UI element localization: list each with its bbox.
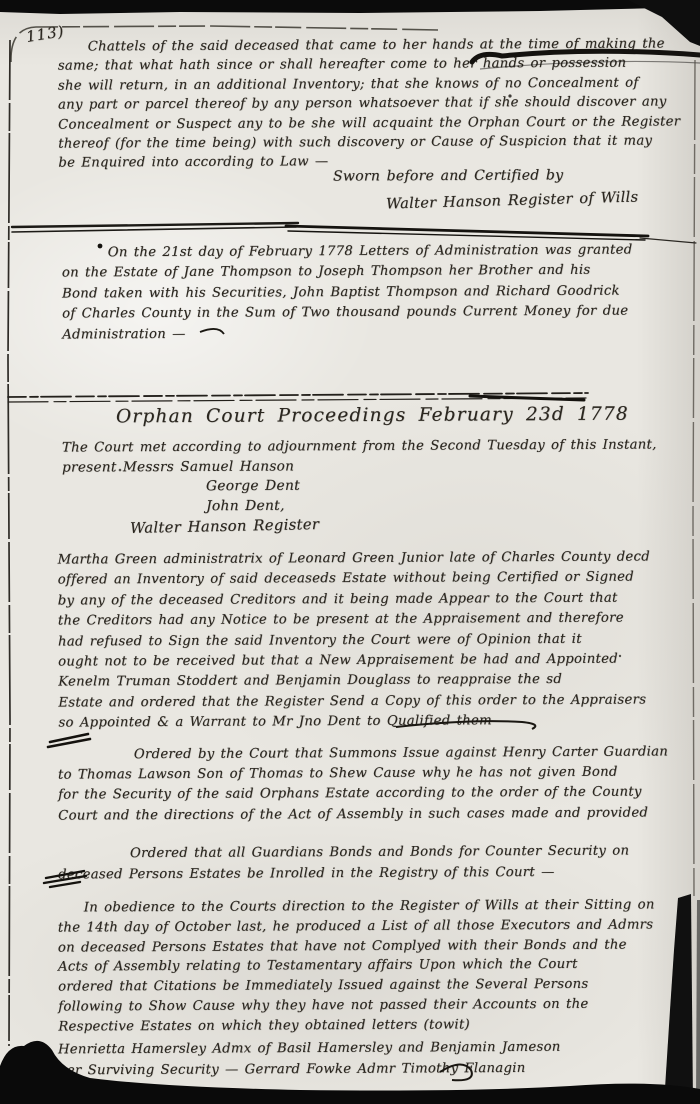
manuscript-line: Estate and ordered that the Register Sen…	[58, 690, 650, 714]
scan-right-gutter	[664, 894, 693, 1104]
manuscript-line: for the Security of the said Orphans Est…	[58, 783, 668, 806]
entry-register-obedience: In obedience to the Courts direction to …	[58, 895, 656, 1037]
register-signature: Walter Hanson Register of Wills	[386, 188, 639, 212]
entry-inventory-oath: Chattels of the said deceased that came …	[58, 34, 681, 173]
justice-name: John Dent,	[206, 496, 300, 516]
proceedings-intro-line: The Court met according to adjournment f…	[62, 437, 657, 455]
manuscript-line: the 14th day of October last, he produce…	[58, 915, 655, 938]
divider-rule-2	[8, 393, 588, 402]
manuscript-line: Kenelm Truman Stoddert and Benjamin Doug…	[58, 670, 650, 694]
manuscript-line: of Charles County in the Sum of Two thou…	[62, 302, 633, 325]
attestation-line: Sworn before and Certified by	[333, 167, 563, 184]
entry-guardians-bonds: Ordered that all Guardians Bonds and Bon…	[58, 842, 630, 886]
manuscript-line: offered an Inventory of said deceaseds E…	[58, 568, 650, 592]
manuscript-line: the Creditors had any Notice to be prese…	[58, 609, 650, 633]
entry-martha-green: Martha Green administratrix of Leonard G…	[58, 547, 651, 734]
manuscript-line: thereof (for the time being) with such d…	[58, 131, 680, 154]
justices-list: George Dent John Dent,	[206, 477, 300, 516]
entry-administration-granted: On the 21st day of February 1778 Letters…	[62, 241, 633, 346]
manuscript-line: on the Estate of Jane Thompson to Joseph…	[62, 261, 633, 284]
manuscript-line: following to Show Cause why they have no…	[58, 994, 655, 1017]
entry-citation-list: Henrietta Hamersley Admx of Basil Hamers…	[58, 1038, 561, 1082]
manuscript-line: so Appointed & a Warrant to Mr Jno Dent …	[58, 711, 650, 735]
manuscript-line: deceased Persons Estates be Inrolled in …	[58, 862, 629, 886]
justice-name: George Dent	[206, 477, 300, 497]
entry-summons-henry-carter: Ordered by the Court that Summons Issue …	[58, 742, 669, 826]
scan-right-outer-sliver	[696, 900, 700, 1104]
manuscript-line: Administration —	[62, 322, 633, 345]
manuscript-line: Court and the directions of the Act of A…	[58, 803, 668, 826]
document-page: 113) Chattels of the said deceased that …	[0, 0, 700, 1104]
justices-present-line: present Messrs Samuel Hanson	[62, 458, 294, 475]
manuscript-line: Respective Estates on which they obtaine…	[58, 1014, 655, 1037]
scan-top-edge	[0, 0, 700, 14]
manuscript-line: Ordered that all Guardians Bonds and Bon…	[58, 842, 629, 866]
manuscript-line: Henrietta Hamersley Admx of Basil Hamers…	[58, 1038, 561, 1061]
page-left-edge-line	[8, 40, 10, 1046]
proceedings-heading: Orphan Court Proceedings February 23d 17…	[116, 404, 629, 428]
page-right-edge-line	[693, 60, 695, 896]
register-present-line: Walter Hanson Register	[130, 516, 320, 537]
manuscript-line: her Surviving Security — Gerrard Fowke A…	[58, 1058, 561, 1081]
